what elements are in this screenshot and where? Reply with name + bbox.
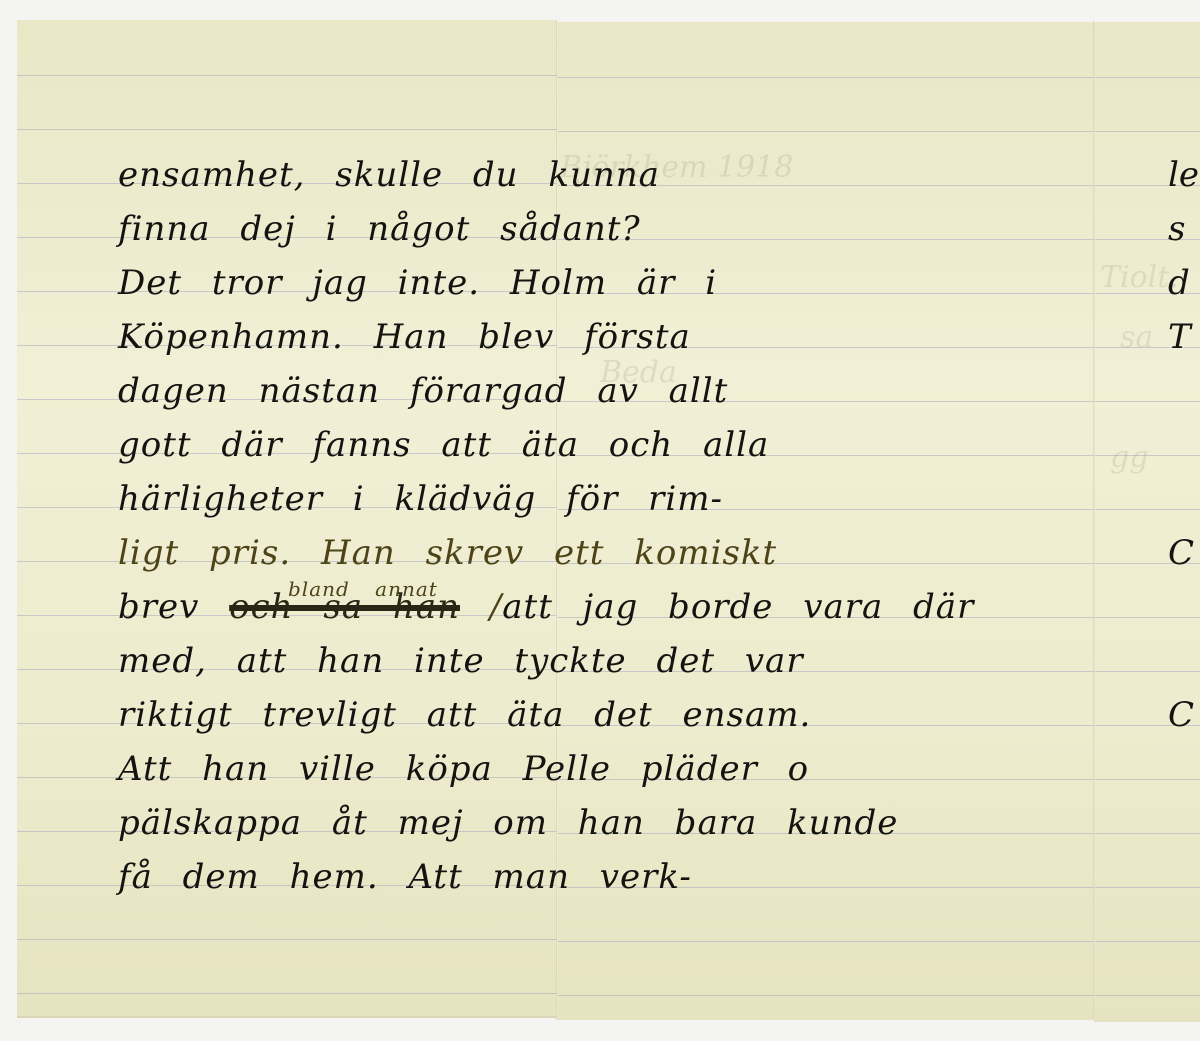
text-line: härligheter i klädväg för rim- xyxy=(118,472,1098,526)
margin-fragment: s xyxy=(1168,202,1199,256)
text-line: ligt pris. Han skrev ett komiskt xyxy=(118,526,1098,580)
margin-fragment xyxy=(1168,580,1199,634)
margin-fragment xyxy=(1168,472,1199,526)
text-line: få dem hem. Att man verk- xyxy=(118,850,1098,904)
text-line: Det tror jag inte. Holm är i xyxy=(118,256,1098,310)
text-line: Att han ville köpa Pelle pläder o xyxy=(118,742,1098,796)
inserted-correction-text: bland annat xyxy=(288,562,438,616)
right-margin-cut-off-text: le s d T C C xyxy=(1168,148,1199,742)
text-line-with-correction: brev och sa han /att jag borde vara där … xyxy=(118,580,1098,634)
handwritten-body: ensamhet, skulle du kunna finna dej i nå… xyxy=(118,148,1098,904)
text-line: pälskappa åt mej om han bara kunde xyxy=(118,796,1098,850)
margin-fragment: d xyxy=(1168,256,1199,310)
margin-fragment xyxy=(1168,418,1199,472)
text-line: gott där fanns att äta och alla xyxy=(118,418,1098,472)
text-line: riktigt trevligt att äta det ensam. xyxy=(118,688,1098,742)
text-line: ensamhet, skulle du kunna xyxy=(118,148,1098,202)
line-text-before: brev xyxy=(118,587,199,627)
margin-fragment: T xyxy=(1168,310,1199,364)
text-line: finna dej i något sådant? xyxy=(118,202,1098,256)
margin-fragment xyxy=(1168,634,1199,688)
text-line: Köpenhamn. Han blev första xyxy=(118,310,1098,364)
margin-fragment: le xyxy=(1168,148,1199,202)
text-line: med, att han inte tyckte det var xyxy=(118,634,1098,688)
line-text-after: att jag borde vara där xyxy=(502,587,974,627)
correction-slash: / xyxy=(490,587,502,627)
bleed-through-text: gg xyxy=(1110,440,1148,475)
bleed-through-text: sa xyxy=(1120,320,1153,355)
margin-fragment xyxy=(1168,364,1199,418)
faded-ink-text: ligt pris. Han skrev ett komiskt xyxy=(118,533,777,573)
margin-fragment: C xyxy=(1168,526,1199,580)
margin-fragment: C xyxy=(1168,688,1199,742)
text-line: dagen nästan förargad av allt xyxy=(118,364,1098,418)
